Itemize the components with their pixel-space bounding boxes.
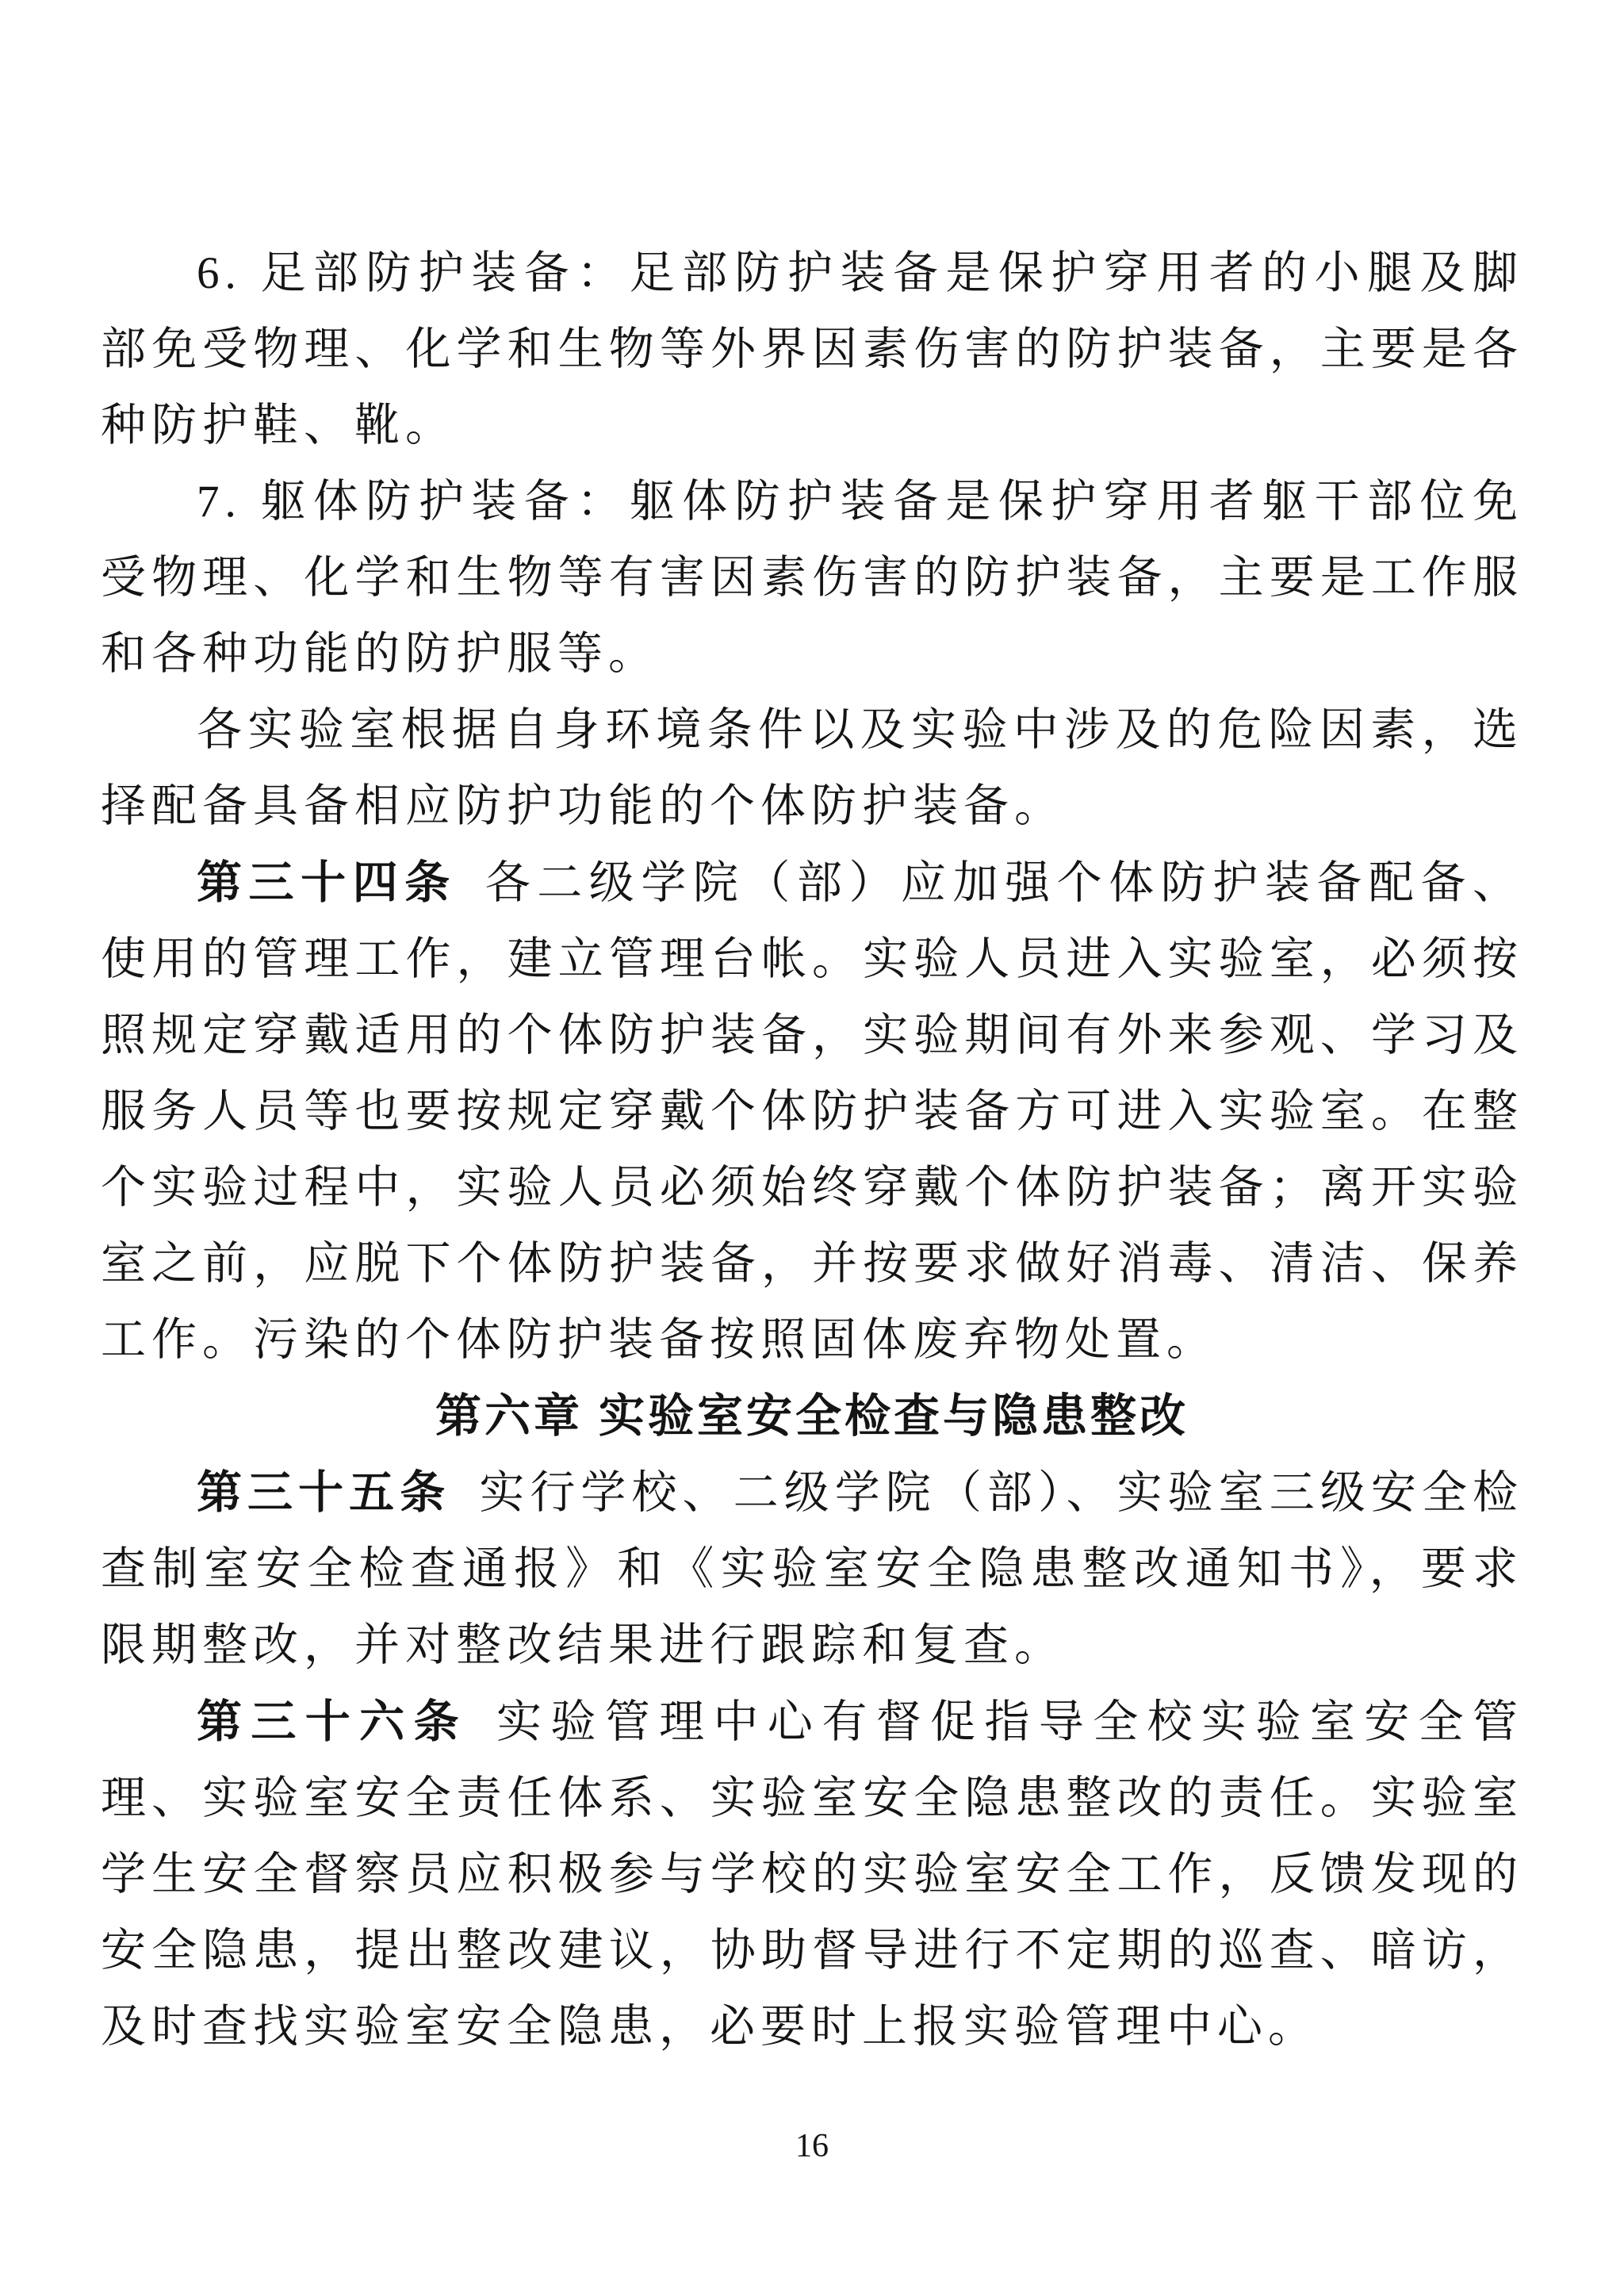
document-page: 6. 足部防护装备：足部防护装备是保护穿用者的小腿及脚部免受物理、化学和生物等外… [0, 0, 1624, 2296]
paragraph-text: 各二级学院（部）应加强个体防护装备配备、使用的管理工作，建立管理台帐。实验人员进… [101, 858, 1523, 1365]
paragraph-article-35: 第三十五条实行学校、二级学院（部）、实验室三级安全检查制室安全检查通报》和《实验… [101, 1455, 1523, 1684]
paragraph-article-34: 第三十四条各二级学院（部）应加强个体防护装备配备、使用的管理工作，建立管理台帐。… [101, 845, 1523, 1378]
paragraph-article-36: 第三十六条实验管理中心有督促指导全校实验室安全管理、实验室安全责任体系、实验室安… [101, 1684, 1523, 2065]
chapter-heading: 第六章 实验室安全检查与隐患整改 [101, 1378, 1523, 1455]
article-number-bold: 第三十五条 [197, 1467, 450, 1518]
paragraph-text: 实验管理中心有督促指导全校实验室安全管理、实验室安全责任体系、实验室安全隐患整改… [101, 1697, 1523, 2052]
paragraph-foot-protection: 6. 足部防护装备：足部防护装备是保护穿用者的小腿及脚部免受物理、化学和生物等外… [101, 236, 1523, 464]
paragraph-text: 7. 躯体防护装备：躯体防护装备是保护穿用者躯干部位免受物理、化学和生物等有害因… [101, 477, 1523, 679]
paragraph-text: 6. 足部防护装备：足部防护装备是保护穿用者的小腿及脚部免受物理、化学和生物等外… [101, 248, 1523, 450]
paragraph-lab-selection: 各实验室根据自身环境条件以及实验中涉及的危险因素，选择配备具备相应防护功能的个体… [101, 692, 1523, 845]
page-number: 16 [795, 2128, 829, 2164]
paragraph-text: 各实验室根据自身环境条件以及实验中涉及的危险因素，选择配备具备相应防护功能的个体… [101, 705, 1523, 831]
article-number-bold: 第三十四条 [197, 857, 457, 908]
article-number-bold: 第三十六条 [197, 1696, 468, 1747]
page-footer: 16 [0, 2127, 1624, 2165]
document-content: 6. 足部防护装备：足部防护装备是保护穿用者的小腿及脚部免受物理、化学和生物等外… [101, 0, 1523, 2065]
paragraph-body-protection: 7. 躯体防护装备：躯体防护装备是保护穿用者躯干部位免受物理、化学和生物等有害因… [101, 464, 1523, 692]
